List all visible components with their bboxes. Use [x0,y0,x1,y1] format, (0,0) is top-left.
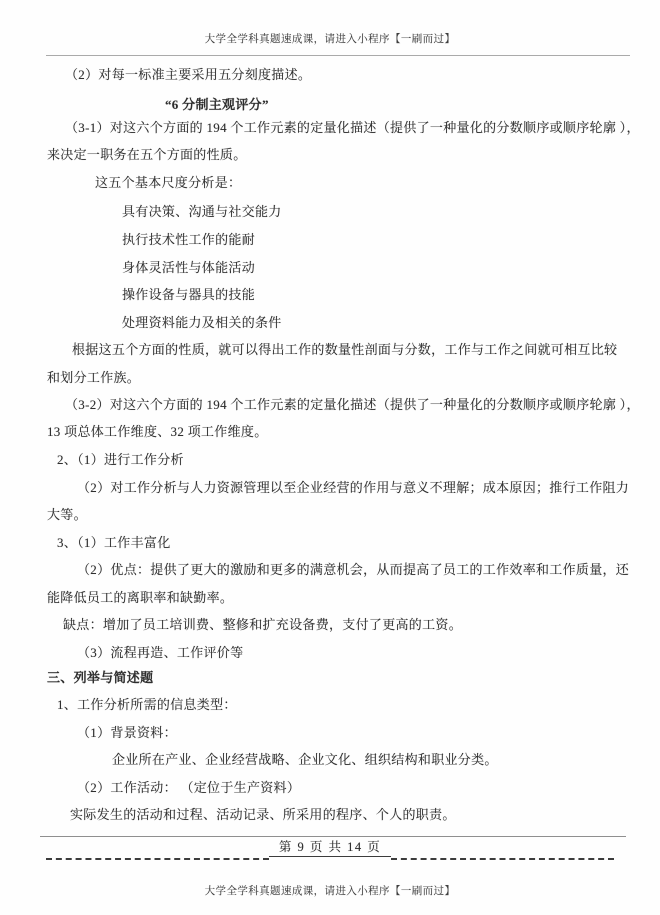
body-line: 1、工作分析所需的信息类型： [47,696,634,714]
body-line: 3、（1）工作丰富化 [47,534,634,552]
body-line: （2）工作活动： （定位于生产资料） [47,779,634,797]
footer-promo-text: 大学全学科真题速成课，请进入小程序【一刷而过】 [0,883,660,898]
list-item: 操作设备与器具的技能 [47,286,634,304]
body-line: （3-1）对这六个方面的 194 个工作元素的定量化描述（提供了一种量化的分数顺… [47,119,634,137]
body-line: （2）优点：提供了更大的激励和更多的满意机会，从而提高了员工的工作效率和工作质量… [47,561,634,579]
dashed-line-right [391,858,614,860]
dashed-line-left [46,858,269,860]
header-promo-text: 大学全学科真题速成课，请进入小程序【一刷而过】 [0,31,660,46]
document-page: 大学全学科真题速成课，请进入小程序【一刷而过】 （2）对每一标准主要采用五分刻度… [0,0,660,915]
body-line: 和划分工作族。 [47,369,634,387]
body-line: 来决定一职务在五个方面的性质。 [47,146,634,164]
subjective-score-quote: “6 分制主观评分” [47,96,634,114]
body-line: 这五个基本尺度分析是： [47,174,634,192]
list-item: 具有决策、沟通与社交能力 [47,203,634,221]
page-indicator: 第 9 页 共 14 页 [269,837,391,857]
body-line: 实际发生的活动和过程、活动记录、所采用的程序、个人的职责。 [47,806,634,824]
body-line: 大等。 [47,506,634,524]
body-line: （1）背景资料： [47,724,634,742]
list-item: 执行技术性工作的能耐 [47,231,634,249]
body-line: （3）流程再造、工作评价等 [47,644,634,662]
list-item: 身体灵活性与体能活动 [47,259,634,277]
header-divider-line [46,55,630,56]
list-item: 处理资料能力及相关的条件 [47,314,634,332]
body-line: （2）对每一标准主要采用五分刻度描述。 [47,66,634,84]
body-line: （2）对工作分析与人力资源管理以至企业经营的作用与意义不理解；成本原因；推行工作… [47,479,634,497]
body-line: 根据这五个方面的性质，就可以得出工作的数量性剖面与分数，工作与工作之间就可相互比… [47,341,634,359]
body-line: 能降低员工的离职率和缺勤率。 [47,589,634,607]
body-line: 缺点：增加了员工培训费、整修和扩充设备费，支付了更高的工资。 [47,616,634,634]
body-line: （3-2）对这六个方面的 194 个工作元素的定量化描述（提供了一种量化的分数顺… [47,396,634,414]
body-line: 2、（1）进行工作分析 [47,451,634,469]
page-number-row: 第 9 页 共 14 页 [46,840,614,860]
section-heading: 三、列举与简述题 [47,669,634,687]
body-line: 企业所在产业、企业经营战略、企业文化、组织结构和职业分类。 [47,751,634,769]
body-line: 13 项总体工作维度、32 项工作维度。 [47,423,634,441]
